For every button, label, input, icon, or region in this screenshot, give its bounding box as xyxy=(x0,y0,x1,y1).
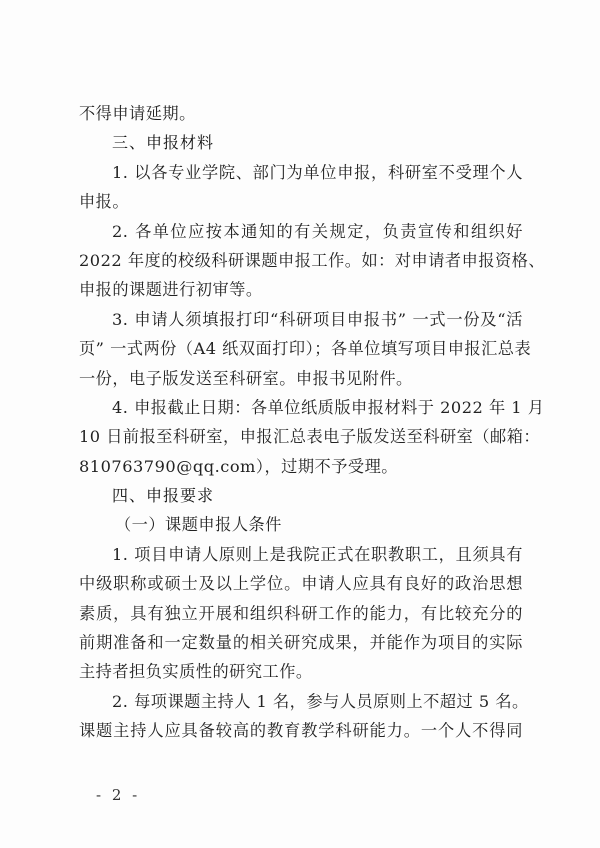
subsection-heading: （一）课题申报人条件 xyxy=(79,510,523,539)
body-line: 2. 各单位应按本通知的有关规定，负责宣传和组织好 xyxy=(79,217,523,246)
body-line: 中级职称或硕士及以上学位。申请人应具有良好的政治思想 xyxy=(79,569,523,598)
body-line: 2. 每项课题主持人 1 名，参与人员原则上不超过 5 名。 xyxy=(79,687,523,716)
page-number: - 2 - xyxy=(96,786,140,804)
section-heading-materials: 三、申报材料 xyxy=(79,128,523,157)
body-line-email: 810763790@qq.com），过期不予受理。 xyxy=(79,452,523,481)
document-page: 不得申请延期。 三、申报材料 1. 以各专业学院、部门为单位申报，科研室不受理个… xyxy=(0,0,600,848)
body-line: 3. 申请人须填报打印“科研项目申报书” 一式一份及“活 xyxy=(79,305,523,334)
body-line: 1. 以各专业学院、部门为单位申报，科研室不受理个人 xyxy=(79,158,523,187)
body-line: 一份，电子版发送至科研室。申报书见附件。 xyxy=(79,364,523,393)
body-line: 前期准备和一定数量的相关研究成果，并能作为项目的实际 xyxy=(79,628,523,657)
body-line: 10 日前报至科研室，申报汇总表电子版发送至科研室（邮箱： xyxy=(79,422,523,451)
document-body: 不得申请延期。 三、申报材料 1. 以各专业学院、部门为单位申报，科研室不受理个… xyxy=(79,99,523,746)
body-line: 申报。 xyxy=(79,187,523,216)
body-line: 课题主持人应具备较高的教育教学科研能力。一个人不得同 xyxy=(79,716,523,745)
body-line: 主持者担负实质性的研究工作。 xyxy=(79,657,523,686)
body-line: 素质，具有独立开展和组织科研工作的能力，有比较充分的 xyxy=(79,599,523,628)
body-line: 不得申请延期。 xyxy=(79,99,523,128)
body-line: 1. 项目申请人原则上是我院正式在职教职工，且须具有 xyxy=(79,540,523,569)
section-heading-requirements: 四、申报要求 xyxy=(79,481,523,510)
body-line: 页” 一式两份（A4 纸双面打印）；各单位填写项目申报汇总表 xyxy=(79,334,523,363)
body-line: 4. 申报截止日期：各单位纸质版申报材料于 2022 年 1 月 xyxy=(79,393,523,422)
body-line: 申报的课题进行初审等。 xyxy=(79,275,523,304)
body-line: 2022 年度的校级科研课题申报工作。如：对申请者申报资格、 xyxy=(79,246,523,275)
